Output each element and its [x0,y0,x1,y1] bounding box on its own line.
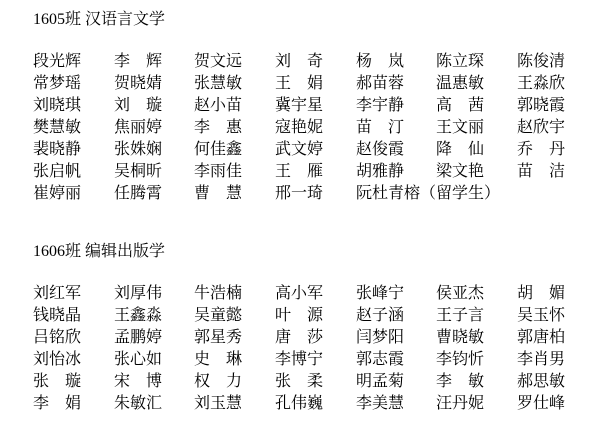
roster-row: 张 璇宋 博权 力张 柔明孟菊李 敏郝思敏 [33,371,605,393]
roster-row: 樊慧敏焦丽婷李 惠寇艳妮苗 汀王文丽赵欣宇 [33,117,605,139]
class-section-1605: 1605班 汉语言文学 段光辉李 辉贺文远刘 奇杨 岚陈立琛陈俊清常梦瑶贺晓婧张… [33,11,605,205]
student-name: 李 娟 [33,393,114,415]
student-name: 曹 慧 [194,183,275,205]
student-name: 胡 媚 [517,283,605,305]
student-name: 樊慧敏 [33,117,114,139]
student-name: 陈俊清 [517,51,605,73]
student-name: 刘 璇 [114,95,194,117]
student-name: 罗仕峰 [517,393,605,415]
student-name: 郭星秀 [194,327,275,349]
student-name: 温惠敏 [436,73,517,95]
section-title-1605: 1605班 汉语言文学 [33,11,605,29]
student-name: 史 琳 [194,349,275,371]
section-title-1606: 1606班 编辑出版学 [33,243,605,261]
student-name: 高 茜 [436,95,517,117]
student-name: 郝苗蓉 [356,73,436,95]
student-name: 牛浩楠 [194,283,275,305]
student-name: 张 柔 [275,371,356,393]
student-name: 王鑫淼 [114,305,194,327]
student-name: 阮杜青榕（留学生） [356,183,436,205]
student-name: 李美慧 [356,393,436,415]
student-name: 李 惠 [194,117,275,139]
student-name: 赵子涵 [356,305,436,327]
student-name: 刘厚伟 [114,283,194,305]
student-name: 刘红军 [33,283,114,305]
student-name: 常梦瑶 [33,73,114,95]
roster-row: 李 娟朱敏汇刘玉慧孔伟巍李美慧汪丹妮罗仕峰 [33,393,605,415]
student-name: 王淼欣 [517,73,605,95]
student-name: 刘 奇 [275,51,356,73]
student-name: 王文丽 [436,117,517,139]
student-name: 李 敏 [436,371,517,393]
student-name: 张姝娴 [114,139,194,161]
student-name: 李钧忻 [436,349,517,371]
student-name: 邢一琦 [275,183,356,205]
student-name: 张峰宁 [356,283,436,305]
student-name: 吴玉怀 [517,305,605,327]
student-name: 崔婷丽 [33,183,114,205]
student-name: 苗 洁 [517,161,605,183]
student-name: 陈立琛 [436,51,517,73]
roster-row: 钱晓晶王鑫淼吴童懿叶 源赵子涵王子言吴玉怀 [33,305,605,327]
student-name: 裴晓静 [33,139,114,161]
student-name: 吴童懿 [194,305,275,327]
student-name: 刘玉慧 [194,393,275,415]
roster-row: 裴晓静张姝娴何佳鑫武文婷赵俊霞降 仙乔 丹 [33,139,605,161]
student-name: 赵小苗 [194,95,275,117]
roster-row: 吕铭欣孟鹏婷郭星秀唐 莎闫梦阳曹晓敏郭唐柏 [33,327,605,349]
student-name: 胡雅静 [356,161,436,183]
roster-row: 崔婷丽任腾霄曹 慧邢一琦阮杜青榕（留学生） [33,183,605,205]
student-name: 吕铭欣 [33,327,114,349]
student-name: 孟鹏婷 [114,327,194,349]
roster-row: 刘红军刘厚伟牛浩楠高小军张峰宁侯亚杰胡 媚 [33,283,605,305]
student-name: 张启帆 [33,161,114,183]
student-name: 乔 丹 [517,139,605,161]
student-name: 曹晓敏 [436,327,517,349]
student-name: 权 力 [194,371,275,393]
student-name: 李博宁 [275,349,356,371]
student-name: 梁文艳 [436,161,517,183]
roster-row: 刘怡冰张心如史 琳李博宁郭志霞李钧忻李肖男 [33,349,605,371]
student-name: 张心如 [114,349,194,371]
student-name: 唐 莎 [275,327,356,349]
student-name: 王 娟 [275,73,356,95]
student-name: 贺晓婧 [114,73,194,95]
student-name: 杨 岚 [356,51,436,73]
student-name: 郭志霞 [356,349,436,371]
student-name: 段光辉 [33,51,114,73]
student-name: 吴桐昕 [114,161,194,183]
student-name: 郭晓霞 [517,95,605,117]
student-name: 闫梦阳 [356,327,436,349]
roster-1605: 段光辉李 辉贺文远刘 奇杨 岚陈立琛陈俊清常梦瑶贺晓婧张慧敏王 娟郝苗蓉温惠敏王… [33,51,605,205]
roster-row: 张启帆吴桐昕李雨佳王 雁胡雅静梁文艳苗 洁 [33,161,605,183]
student-name: 郭唐柏 [517,327,605,349]
roster-row: 常梦瑶贺晓婧张慧敏王 娟郝苗蓉温惠敏王淼欣 [33,73,605,95]
document-page: 1605班 汉语言文学 段光辉李 辉贺文远刘 奇杨 岚陈立琛陈俊清常梦瑶贺晓婧张… [0,0,605,436]
student-name: 刘晓琪 [33,95,114,117]
roster-row: 刘晓琪刘 璇赵小苗冀宇星李宇静高 茜郭晓霞 [33,95,605,117]
student-name: 武文婷 [275,139,356,161]
student-name: 侯亚杰 [436,283,517,305]
student-name: 高小军 [275,283,356,305]
student-name: 何佳鑫 [194,139,275,161]
student-name: 张 璇 [33,371,114,393]
student-name: 王子言 [436,305,517,327]
student-name: 冀宇星 [275,95,356,117]
student-name: 李宇静 [356,95,436,117]
student-name: 郝思敏 [517,371,605,393]
student-name: 任腾霄 [114,183,194,205]
student-name: 汪丹妮 [436,393,517,415]
student-name: 钱晓晶 [33,305,114,327]
student-name: 贺文远 [194,51,275,73]
student-name: 寇艳妮 [275,117,356,139]
student-name: 孔伟巍 [275,393,356,415]
student-name: 朱敏汇 [114,393,194,415]
student-name: 张慧敏 [194,73,275,95]
student-name: 降 仙 [436,139,517,161]
student-name: 李肖男 [517,349,605,371]
student-name: 李雨佳 [194,161,275,183]
student-name: 焦丽婷 [114,117,194,139]
roster-row: 段光辉李 辉贺文远刘 奇杨 岚陈立琛陈俊清 [33,51,605,73]
student-name: 刘怡冰 [33,349,114,371]
student-name: 李 辉 [114,51,194,73]
student-name: 明孟菊 [356,371,436,393]
student-name: 苗 汀 [356,117,436,139]
student-name: 赵俊霞 [356,139,436,161]
student-name: 宋 博 [114,371,194,393]
student-name: 王 雁 [275,161,356,183]
student-name: 赵欣宇 [517,117,605,139]
student-name: 叶 源 [275,305,356,327]
roster-1606: 刘红军刘厚伟牛浩楠高小军张峰宁侯亚杰胡 媚钱晓晶王鑫淼吴童懿叶 源赵子涵王子言吴… [33,283,605,415]
class-section-1606: 1606班 编辑出版学 刘红军刘厚伟牛浩楠高小军张峰宁侯亚杰胡 媚钱晓晶王鑫淼吴… [33,243,605,415]
